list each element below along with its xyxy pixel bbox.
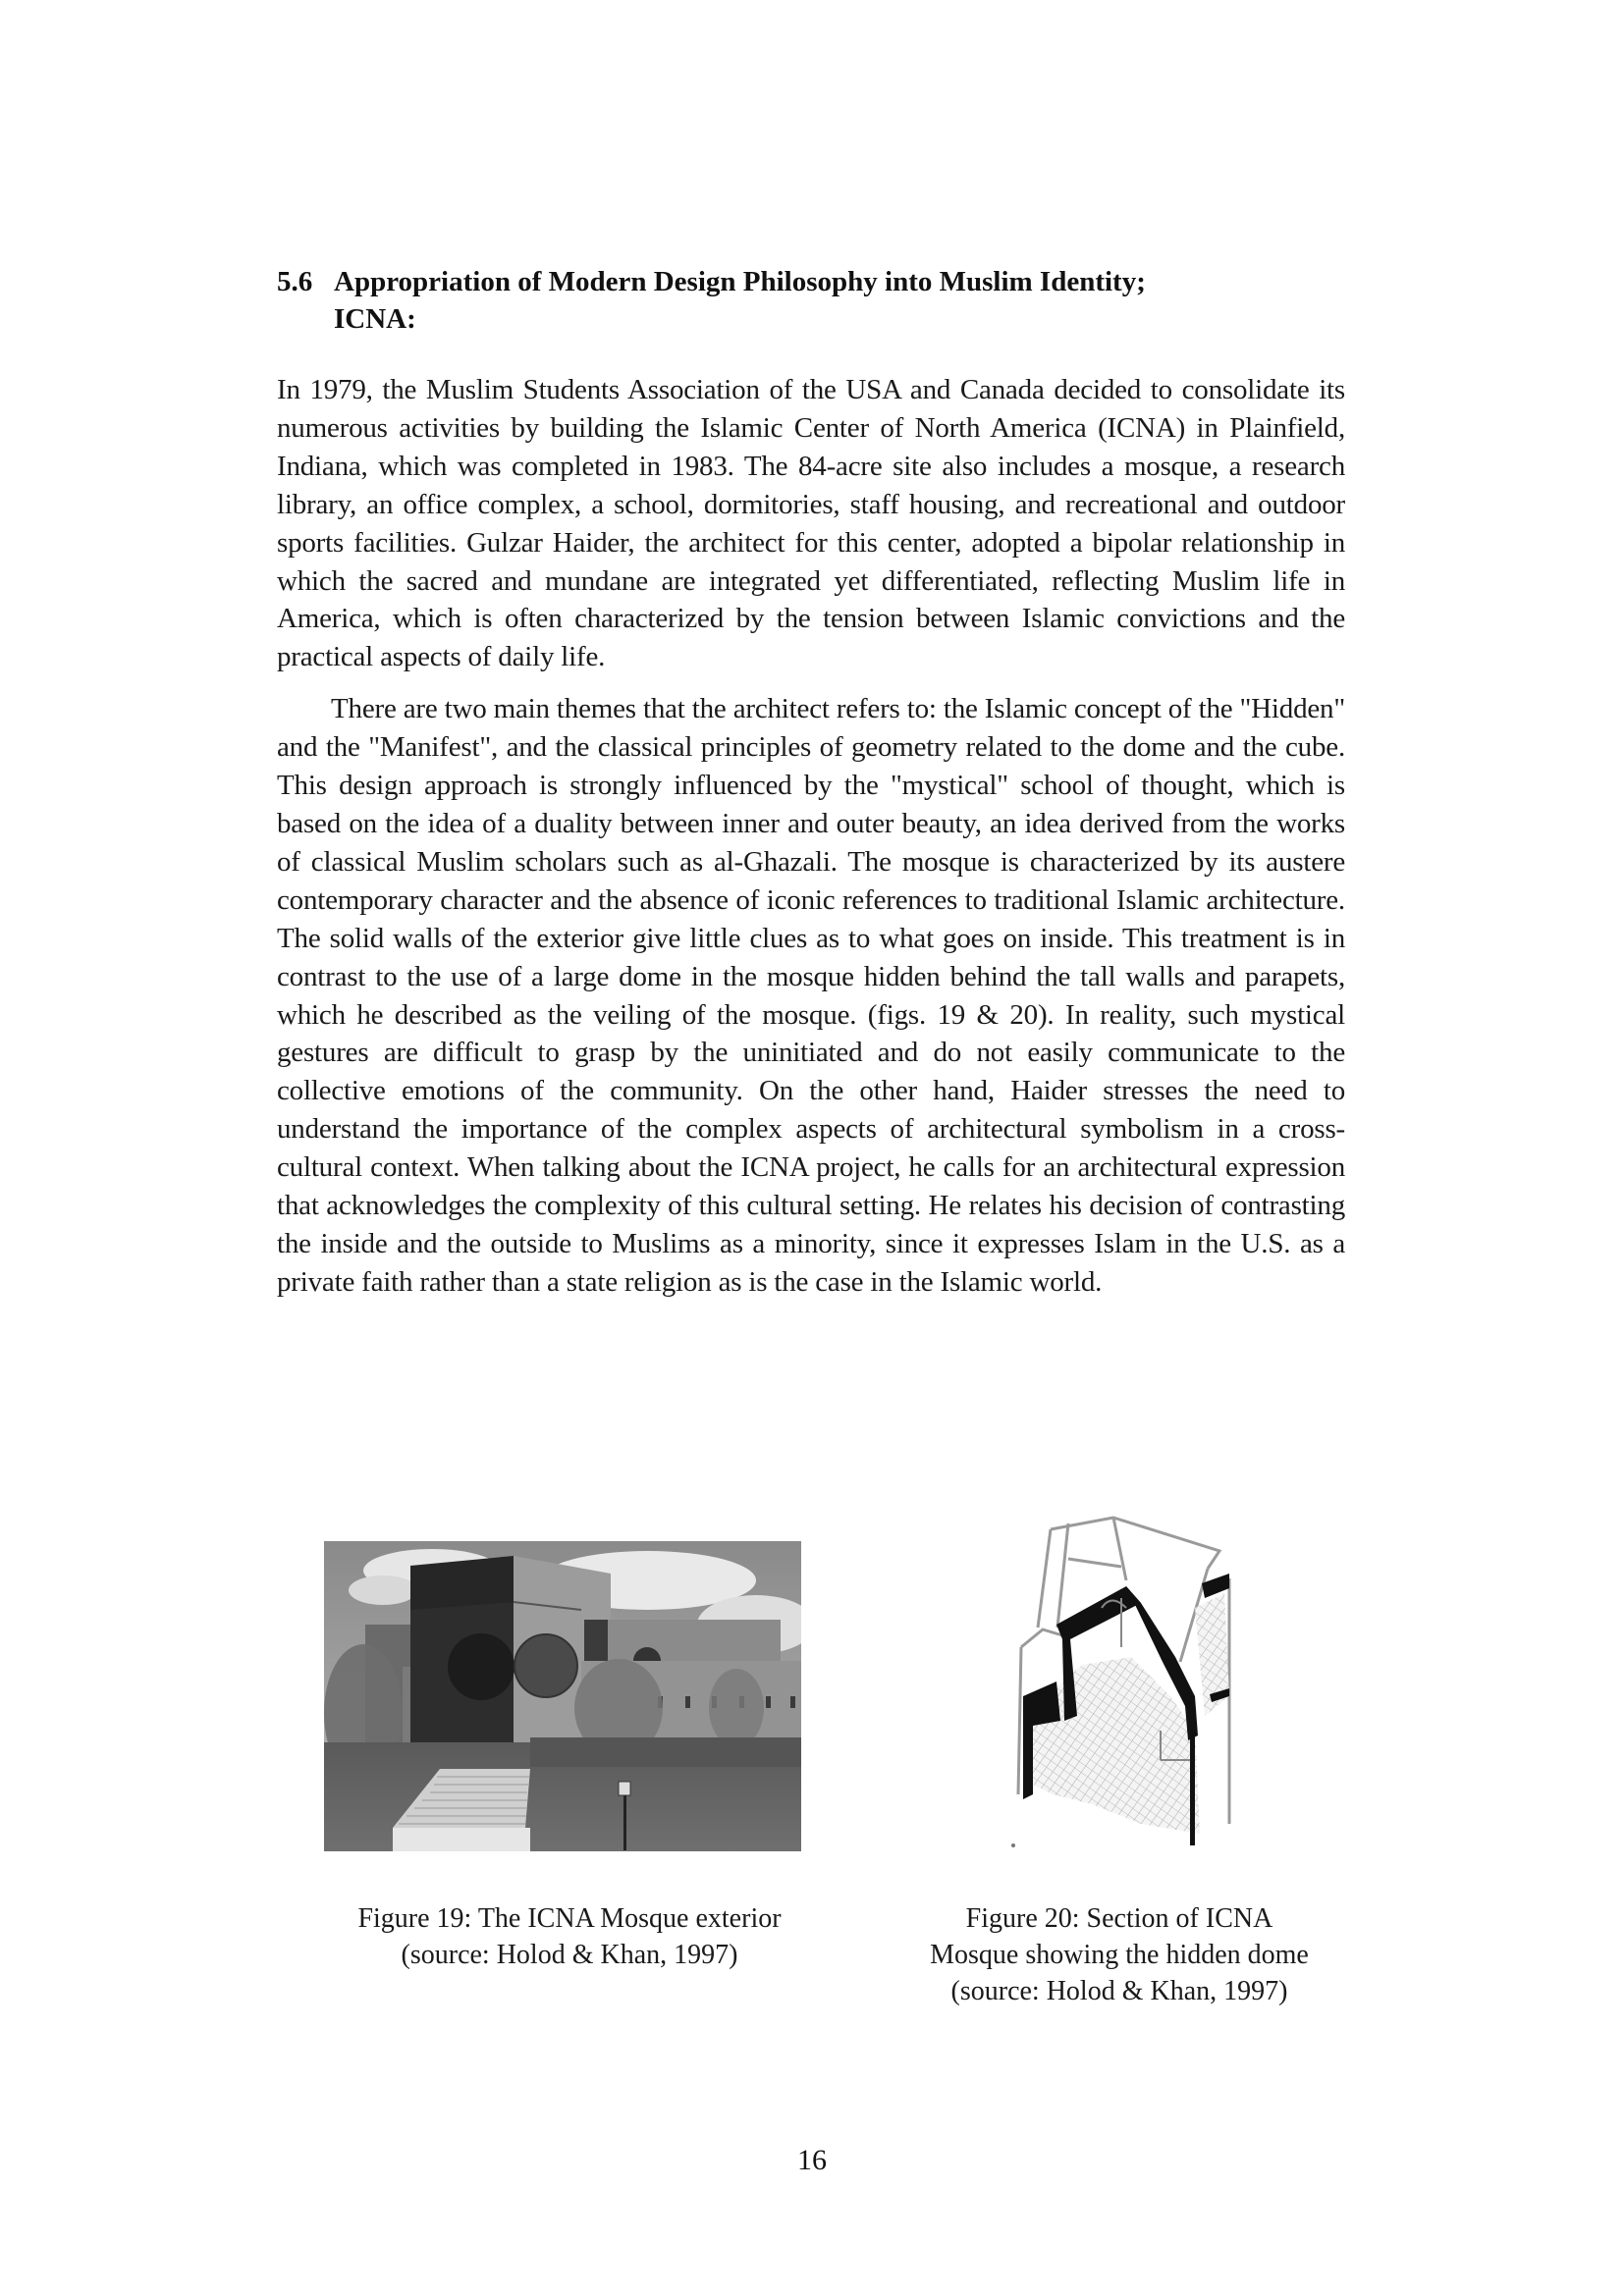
figure-19-caption-line1: Figure 19: The ICNA Mosque exterior — [295, 1900, 844, 1937]
section-heading: 5.6 Appropriation of Modern Design Philo… — [277, 263, 1357, 338]
mosque-exterior-image — [324, 1541, 801, 1851]
figure-20-caption-line2: Mosque showing the hidden dome — [864, 1937, 1375, 1973]
page-number: 16 — [763, 2144, 861, 2177]
document-page: 5.6 Appropriation of Modern Design Philo… — [0, 0, 1624, 2296]
figure-19-caption: Figure 19: The ICNA Mosque exterior (sou… — [295, 1900, 844, 1973]
figure-20-caption-source: (source: Holod & Khan, 1997) — [864, 1973, 1375, 2009]
section-title-line2: ICNA: — [277, 300, 1357, 338]
figure-20-caption: Figure 20: Section of ICNA Mosque showin… — [864, 1900, 1375, 2009]
section-number: 5.6 — [277, 263, 334, 300]
figure-19-caption-source: (source: Holod & Khan, 1997) — [295, 1937, 844, 1973]
paragraph: In 1979, the Muslim Students Association… — [277, 371, 1345, 676]
body-text: In 1979, the Muslim Students Association… — [277, 371, 1345, 1302]
section-title-line1: Appropriation of Modern Design Philosoph… — [334, 263, 1146, 300]
figure-20-drawing — [994, 1500, 1251, 1865]
paragraph: There are two main themes that the archi… — [277, 690, 1345, 1302]
figure-20-caption-line1: Figure 20: Section of ICNA — [864, 1900, 1375, 1937]
mosque-section-drawing — [994, 1500, 1251, 1865]
figure-19-photo — [324, 1541, 801, 1851]
